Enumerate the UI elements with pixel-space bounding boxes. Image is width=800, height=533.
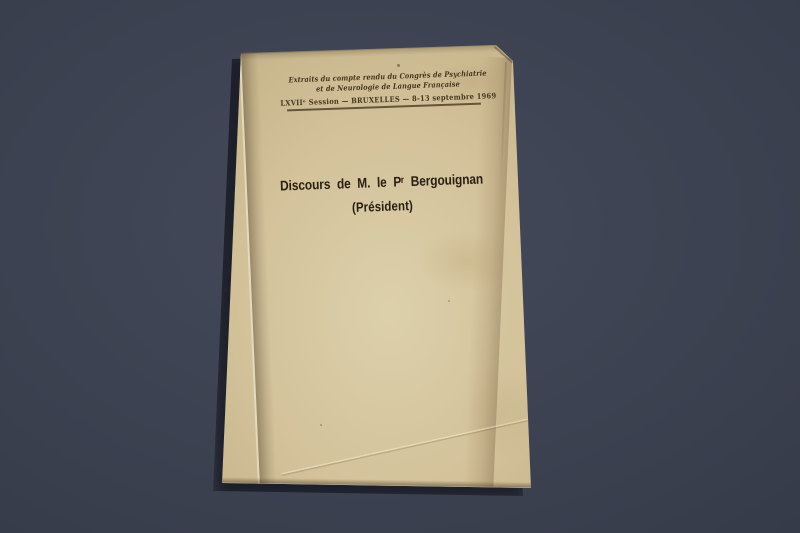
booklet-cover: [222, 44, 534, 492]
paper-stain: [418, 230, 513, 292]
paper-speck: [397, 64, 400, 67]
photo-backdrop: Extraits du compte rendu du Congrès de P…: [0, 0, 800, 533]
cover-title: Discours de M. le Pʳ Bergouignan (Présid…: [271, 168, 493, 220]
paper-speck: [320, 424, 322, 426]
paper-speck: [448, 300, 450, 302]
paper-stain: [460, 364, 545, 459]
spine-edge-shadow: [241, 51, 282, 490]
